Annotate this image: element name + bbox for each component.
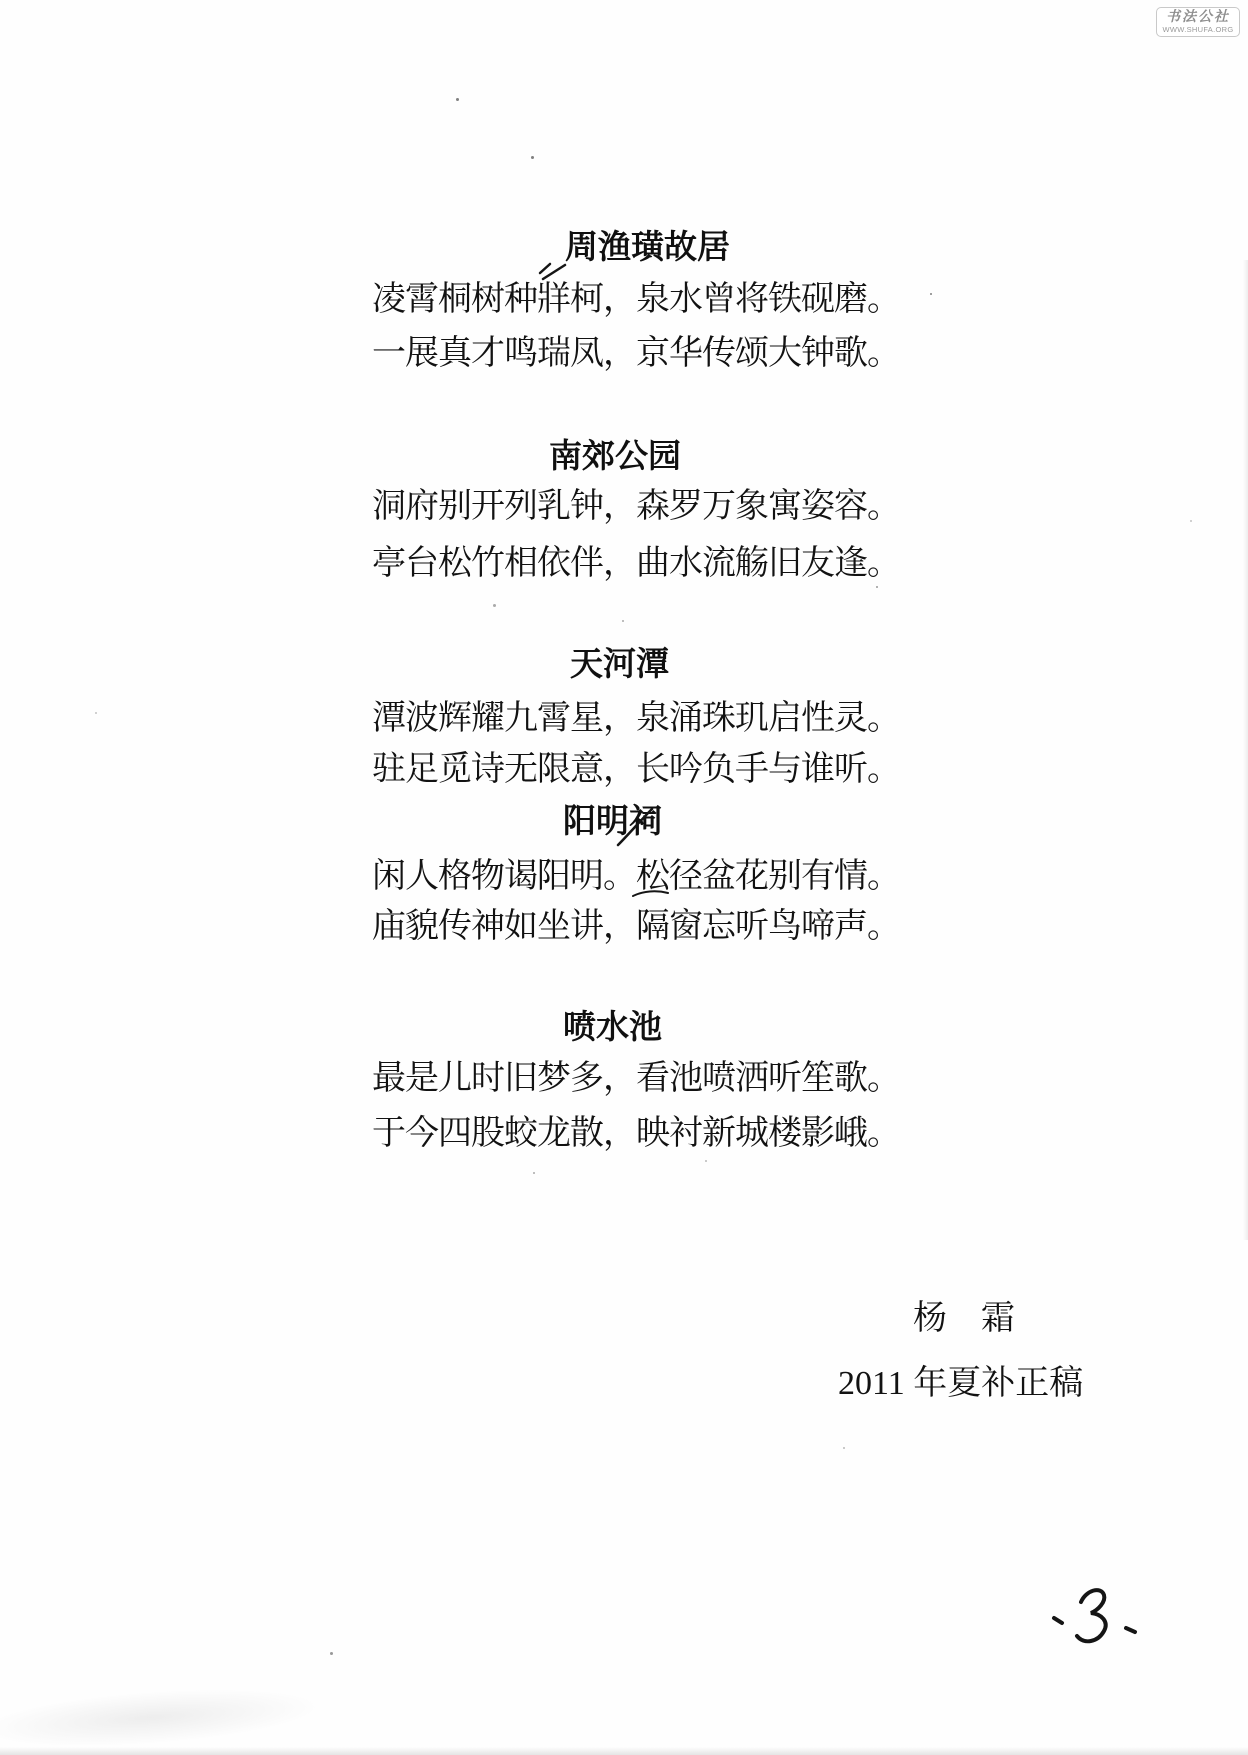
scan-speck [533,1172,535,1174]
poem-line: 最是儿时旧梦多，看池喷洒听笙歌。 [372,1060,900,1098]
poem-line: 一展真才鸣瑞凤，京华传颂大钟歌。 [372,335,900,373]
page-number-drawing [1046,1583,1146,1653]
scan-speck [705,1160,707,1162]
poem-line: 亭台松竹相依伴，曲水流觞旧友逢。 [372,545,900,583]
scan-speck [456,98,459,101]
scan-smudge-right-edge [1243,260,1248,1240]
scan-speck [330,1652,333,1655]
poem-line: 洞府别开列乳钟，森罗万象寓姿容。 [372,488,900,526]
shufa-calligraphy-logo: 书法公社 [1157,10,1239,25]
handwritten-underline-song [630,886,672,900]
handwritten-correction-mark-ci [612,803,660,851]
poem-line: 凌霄桐树种牂柯，泉水曾将铁砚磨。 [372,281,900,319]
poem-title-penshuichi: 喷水池 [563,1010,662,1046]
shufa-watermark-badge: 书法公社 WWW.SHUFA.ORG [1156,7,1240,37]
handwritten-page-number: 3 [1046,1583,1146,1658]
scan-speck [622,620,624,622]
poem-line: 于今四股蛟龙散，映衬新城楼影峨。 [372,1115,900,1153]
poem-line: 驻足觅诗无限意，长吟负手与谁听。 [372,751,900,789]
page-number-value: 3 [1146,1583,1147,1584]
poem-title-zhou-yuhuang-guju: 周渔璜故居 [565,230,730,266]
scan-speck [930,293,932,295]
handwritten-correction-mark-zang [536,260,570,284]
scan-speck [95,712,97,714]
poem-title-nanjiao-gongyuan: 南郊公园 [549,439,681,475]
scan-speck [531,156,534,159]
scan-smudge-bottom-left [0,1680,321,1755]
shufa-url-text: WWW.SHUFA.ORG [1157,25,1239,34]
scan-smudge-bottom-edge [0,1747,1248,1755]
poem-title-tianhetan: 天河潭 [570,647,669,683]
scan-speck [843,1447,845,1449]
scan-speck [493,604,496,607]
author-signature: 杨 霜 [913,1300,1015,1338]
scanned-document-page: 书法公社 WWW.SHUFA.ORG 周渔璜故居 凌霄桐树种牂柯，泉水曾将铁砚磨… [0,0,1248,1755]
scan-speck [1190,520,1192,522]
poem-line: 潭波辉耀九霄星，泉涌珠玑启性灵。 [372,700,900,738]
poem-line: 庙貌传神如坐讲，隔窗忘听鸟啼声。 [372,908,900,946]
signature-dateline: 2011 年夏补正稿 [838,1365,1083,1403]
scan-speck [876,586,878,588]
